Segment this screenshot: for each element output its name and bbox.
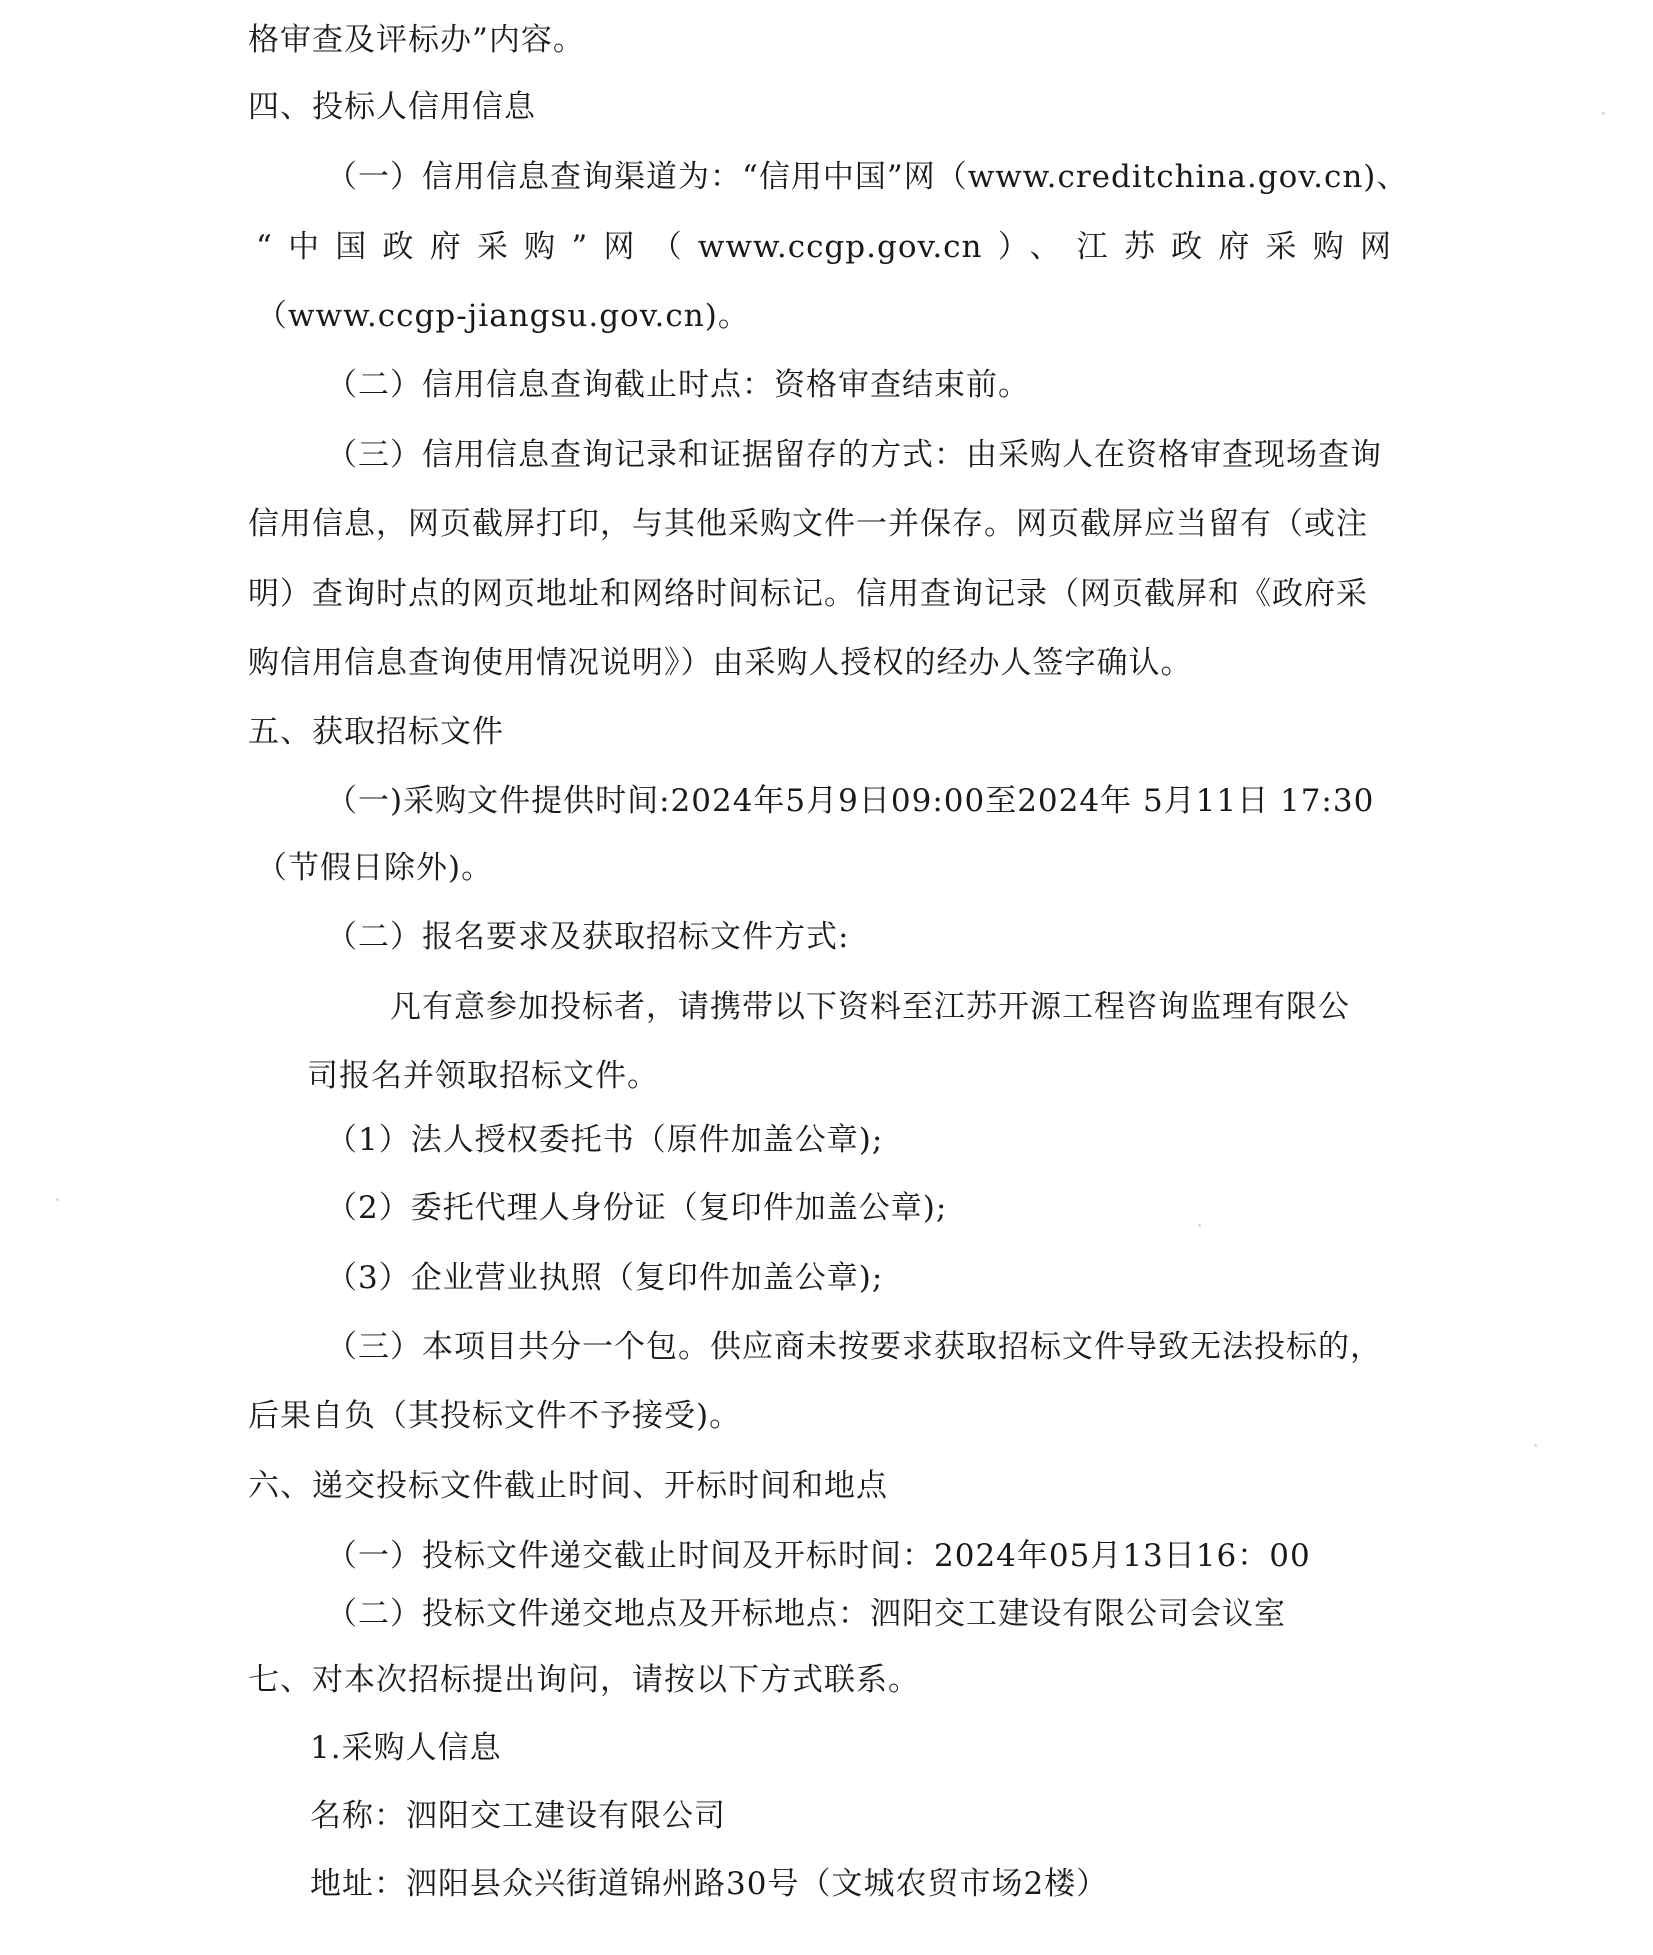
- document-page: 格审查及评标办”内容。四、投标人信用信息（一）信用信息查询渠道为：“信用中国”网…: [0, 0, 1653, 1955]
- document-line: 四、投标人信用信息: [248, 87, 536, 127]
- document-line: 名称：泗阳交工建设有限公司: [310, 1796, 726, 1836]
- document-line: （一）投标文件递交截止时间及开标时间：2024年05月13日16：00: [326, 1536, 1311, 1576]
- document-line: 信用信息，网页截屏打印，与其他采购文件一并保存。网页截屏应当留有（或注: [248, 504, 1368, 544]
- document-line: 司报名并领取招标文件。: [307, 1056, 659, 1096]
- document-line: 六、递交投标文件截止时间、开标时间和地点: [248, 1466, 888, 1506]
- document-line: 凡有意参加投标者，请携带以下资料至江苏开源工程咨询监理有限公: [390, 987, 1350, 1027]
- document-line: 后果自负（其投标文件不予接受)。: [248, 1396, 741, 1436]
- document-line: 购信用信息查询使用情况说明》）由采购人授权的经办人签字确认。: [248, 643, 1193, 683]
- document-line: （一)采购文件提供时间:2024年5月9日09:00至2024年 5月11日 1…: [326, 781, 1374, 821]
- scan-speck: [1534, 1444, 1537, 1447]
- document-line: 地址：泗阳县众兴街道锦州路30号（文城农贸市场2楼）: [310, 1864, 1108, 1904]
- document-line: （3）企业营业执照（复印件加盖公章);: [326, 1258, 883, 1298]
- document-line: （三）信用信息查询记录和证据留存的方式：由采购人在资格审查现场查询: [326, 435, 1382, 475]
- document-line: （三）本项目共分一个包。供应商未按要求获取招标文件导致无法投标的，: [326, 1327, 1382, 1367]
- document-line: （1）法人授权委托书（原件加盖公章);: [326, 1120, 883, 1160]
- document-line: 七、对本次招标提出询问，请按以下方式联系。: [248, 1660, 920, 1700]
- scan-speck: [1602, 112, 1605, 115]
- document-line: （二）报名要求及获取招标文件方式:: [326, 917, 849, 957]
- scan-speck: [56, 1198, 59, 1201]
- document-line: （2）委托代理人身份证（复印件加盖公章);: [326, 1188, 947, 1228]
- document-line: （一）信用信息查询渠道为：“信用中国”网（www.creditchina.gov…: [326, 157, 1408, 197]
- document-line: （二）信用信息查询截止时点：资格审查结束前。: [326, 365, 1030, 405]
- document-line: “中国政府采购”网（www.ccgp.gov.cn）、江苏政府采购网: [256, 227, 1392, 267]
- scan-speck: [1198, 1224, 1201, 1227]
- document-line: 明）查询时点的网页地址和网络时间标记。信用查询记录（网页截屏和《政府采: [248, 574, 1368, 614]
- document-line: 1.采购人信息: [310, 1728, 502, 1768]
- document-line: （二）投标文件递交地点及开标地点：泗阳交工建设有限公司会议室: [326, 1594, 1286, 1634]
- document-line: （www.ccgp-jiangsu.gov.cn)。: [256, 296, 750, 336]
- document-line: 五、获取招标文件: [248, 712, 504, 752]
- document-line: 格审查及评标办”内容。: [248, 20, 585, 60]
- document-line: （节假日除外)。: [256, 848, 493, 888]
